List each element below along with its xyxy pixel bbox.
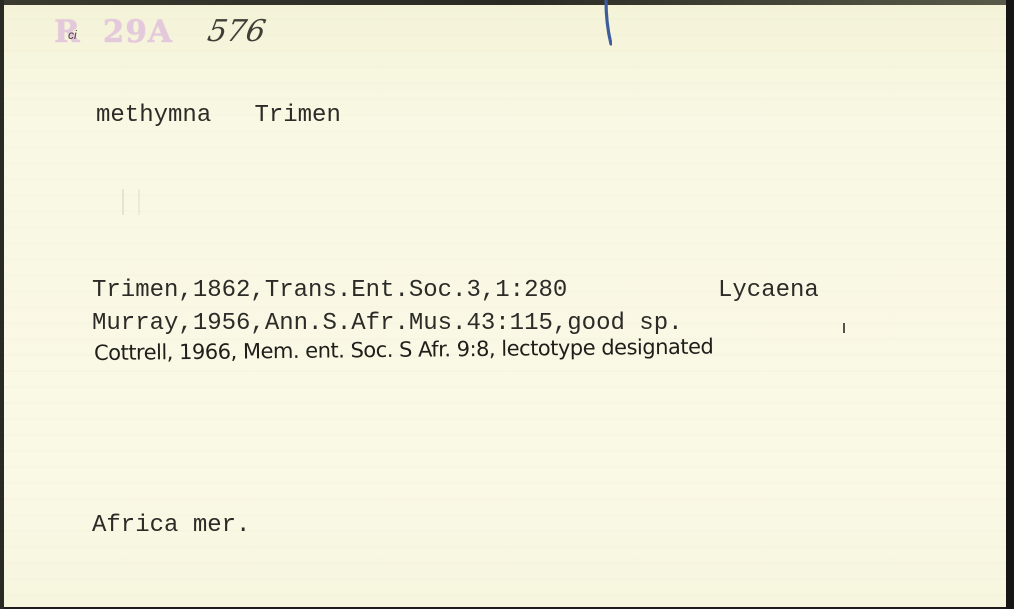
stray-pen-mark — [843, 323, 845, 333]
stamp-code: 29A — [103, 14, 173, 50]
faint-show-through-mark — [122, 189, 140, 215]
stamp-overmark: ci — [68, 28, 77, 42]
reference-murray: Murray,1956,Ann.S.Afr.Mus.43:115,good sp… — [92, 310, 683, 337]
scan-frame-top — [0, 0, 1014, 5]
locality: Africa mer. — [92, 512, 250, 539]
species-name-line: methymna Trimen — [96, 102, 341, 129]
species-author: Trimen — [254, 102, 340, 129]
scan-frame-right — [1006, 0, 1014, 609]
species-name: methymna — [96, 102, 211, 129]
scan-frame-left — [0, 0, 4, 609]
original-genus: Lycaena — [718, 277, 819, 304]
pencil-catalog-number: 576 — [205, 14, 268, 49]
blue-pen-mark-icon — [604, 0, 612, 46]
reference-original: Trimen,1862,Trans.Ent.Soc.3,1:280 — [92, 277, 567, 304]
